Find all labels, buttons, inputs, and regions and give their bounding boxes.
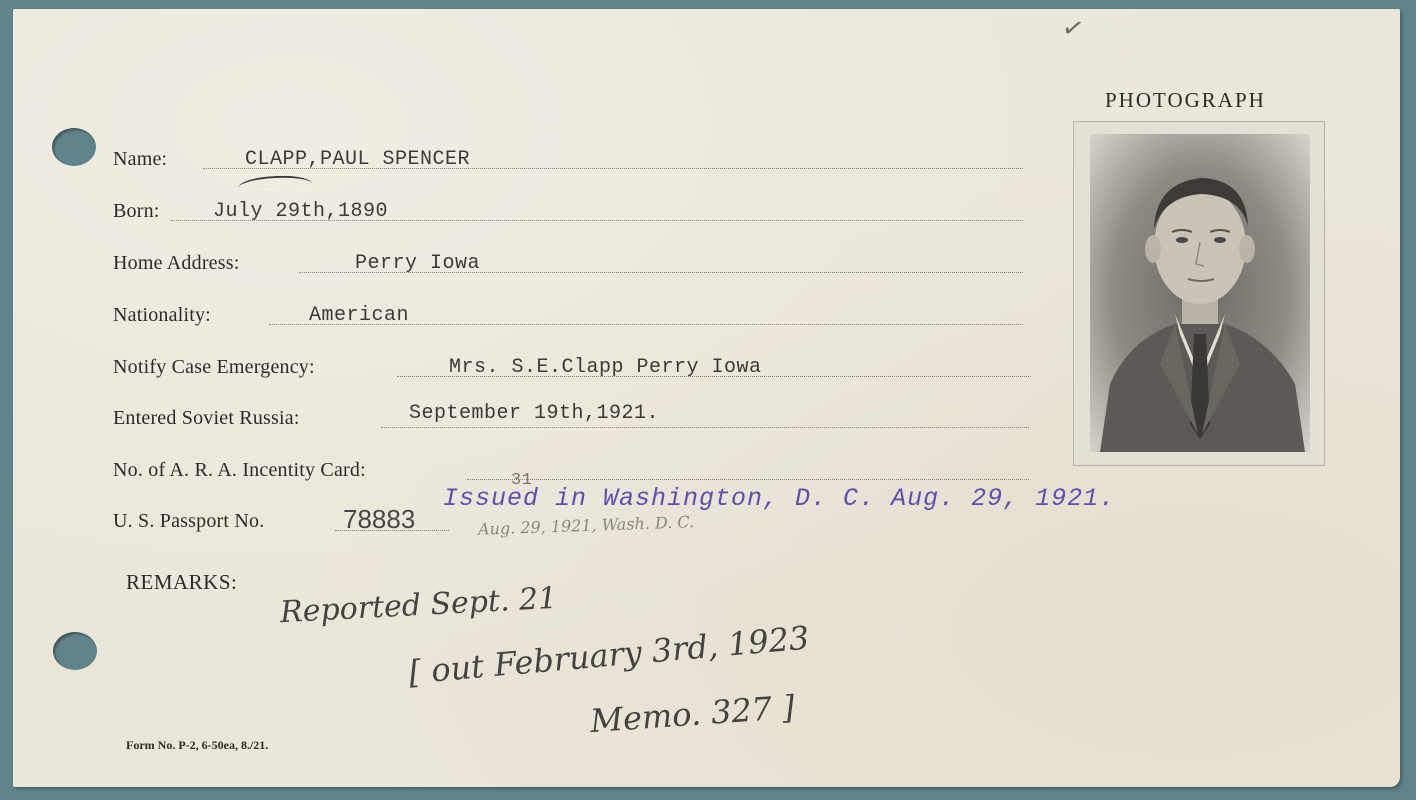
field-notify-emergency: Notify Case Emergency: Mrs. S.E.Clapp Pe…	[113, 353, 1033, 383]
field-home-address: Home Address: Perry Iowa	[113, 249, 1033, 279]
home-address-value: Perry Iowa	[355, 252, 480, 275]
notify-emergency-label: Notify Case Emergency:	[113, 356, 315, 379]
field-entered-russia: Entered Soviet Russia: September 19th,19…	[113, 404, 1033, 434]
notify-emergency-value: Mrs. S.E.Clapp Perry Iowa	[449, 356, 762, 379]
dotted-line	[467, 479, 1029, 480]
nationality-value: American	[309, 304, 409, 327]
portrait-icon	[1090, 134, 1310, 452]
passport-label: U. S. Passport No.	[113, 510, 264, 533]
dotted-line	[381, 427, 1029, 428]
born-value: July 29th,1890	[213, 200, 388, 223]
passport-issued-stamp: Issued in Washington, D. C. Aug. 29, 192…	[443, 484, 1115, 513]
name-label: Name:	[113, 148, 167, 171]
field-ara-card: No. of A. R. A. Incentity Card: 31	[113, 456, 1033, 486]
field-born: Born: July 29th,1890	[113, 197, 1033, 227]
field-name: Name: CLAPP,PAUL SPENCER	[113, 145, 1033, 175]
photo-frame	[1073, 121, 1325, 466]
remarks-label: REMARKS:	[126, 570, 237, 595]
field-nationality: Nationality: American	[113, 301, 1033, 331]
ara-card-label: No. of A. R. A. Incentity Card:	[113, 459, 366, 482]
home-address-label: Home Address:	[113, 252, 239, 275]
punch-hole-top	[52, 128, 96, 166]
photograph-label: PHOTOGRAPH	[1105, 88, 1266, 113]
nationality-label: Nationality:	[113, 304, 211, 327]
punch-hole-bottom	[53, 632, 97, 670]
field-passport: U. S. Passport No. 78883	[113, 507, 453, 537]
entered-russia-value: September 19th,1921.	[409, 402, 659, 425]
born-label: Born:	[113, 200, 160, 223]
portrait-photo	[1090, 134, 1310, 452]
entered-russia-label: Entered Soviet Russia:	[113, 407, 300, 430]
name-value: CLAPP,PAUL SPENCER	[245, 148, 470, 171]
passport-value: 78883	[343, 504, 415, 535]
form-number: Form No. P-2, 6-50ea, 8./21.	[126, 738, 268, 753]
